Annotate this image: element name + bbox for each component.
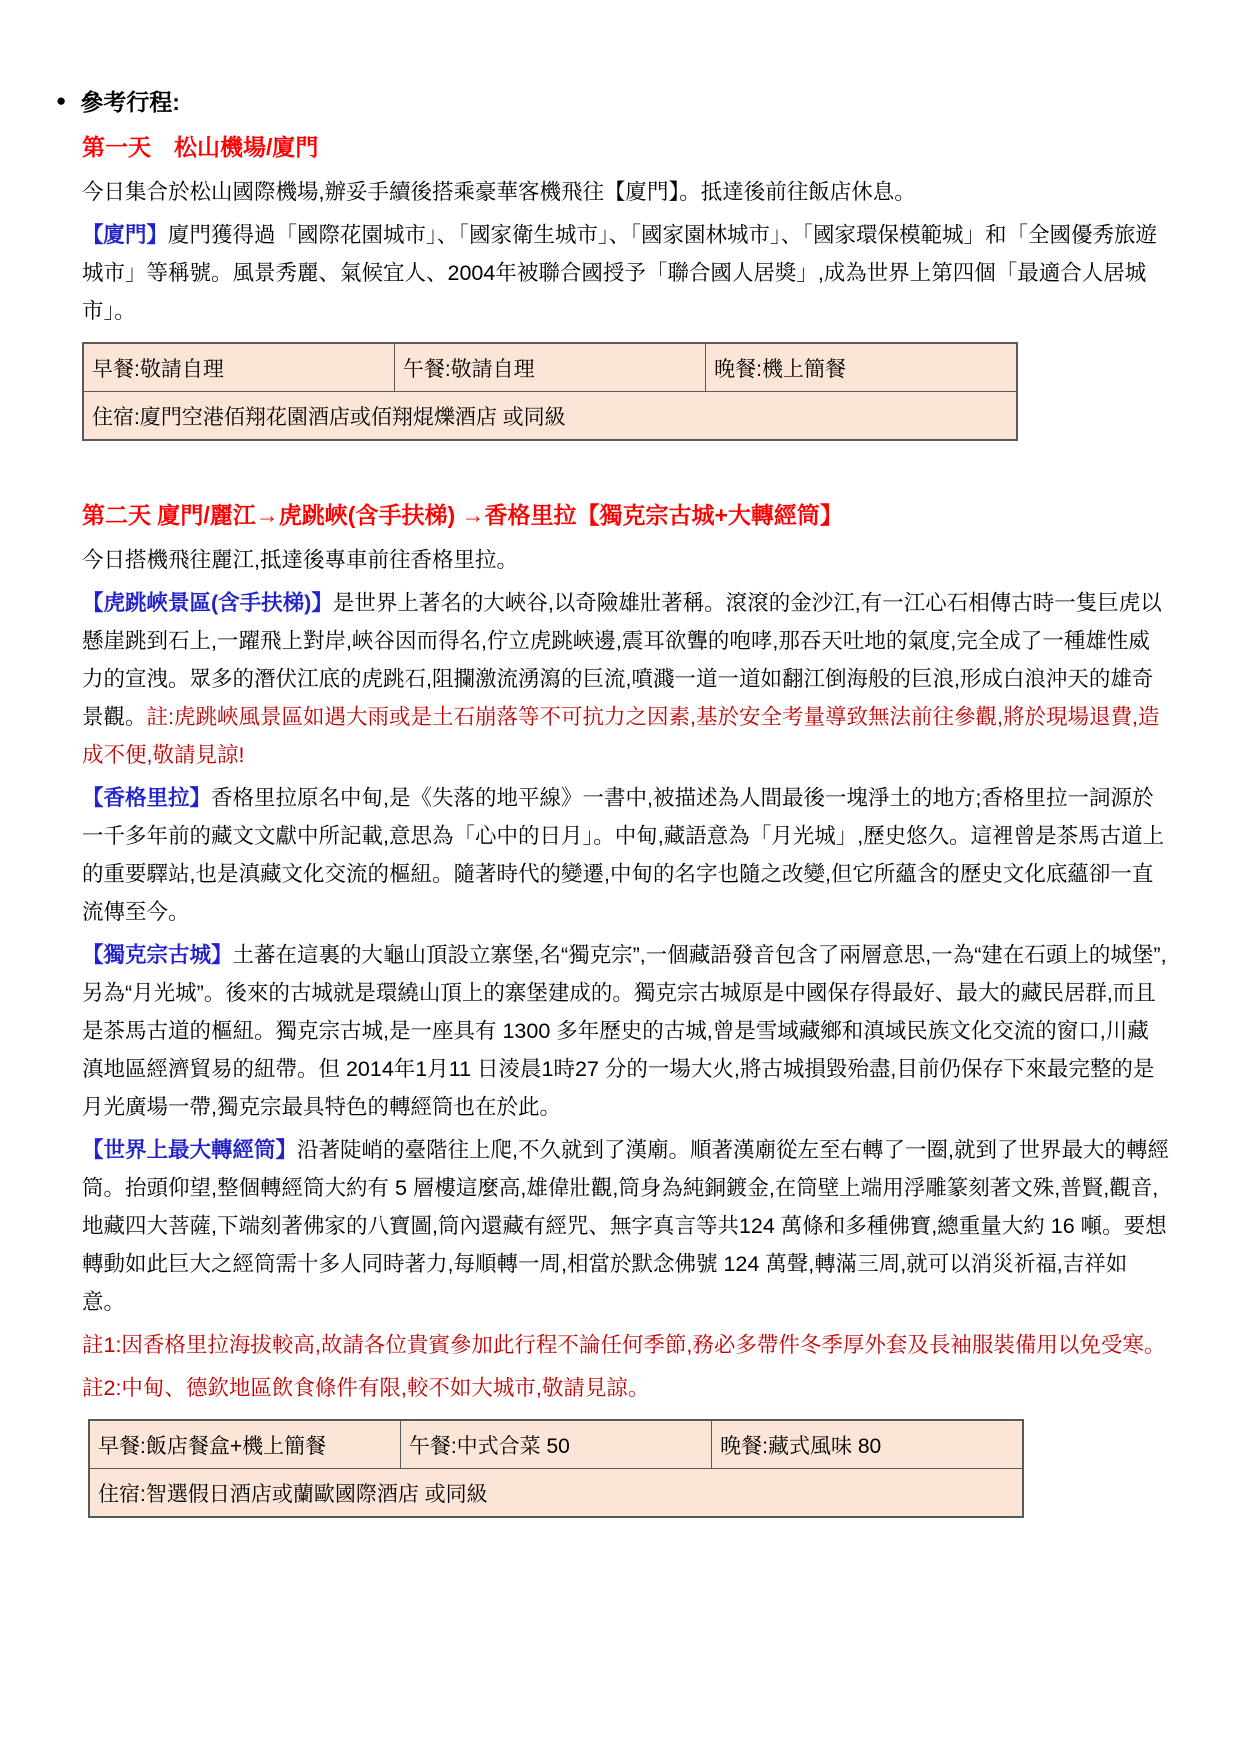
xiamen-description: 廈門獲得過「國際花園城市」、「國家衛生城市」、「國家園林城市」、「國家環保模範城… <box>82 223 1157 323</box>
day1-lodging-row: 住宿:廈門空港佰翔花園酒店或佰翔焜爍酒店 或同級 <box>83 392 1017 441</box>
day2-intro: 今日搭機飛往麗江,抵達後專車前往香格里拉。 <box>82 541 1169 579</box>
day2-meals-table: 早餐:飯店餐盒+機上簡餐 午餐:中式合菜 50 晚餐:藏式風味 80 住宿:智選… <box>88 1419 1024 1518</box>
shangrila-tag: 【香格里拉】 <box>82 786 211 810</box>
day1-intro: 今日集合於松山國際機場,辦妥手續後搭乘豪華客機飛往【廈門】。抵達後前往飯店休息。 <box>82 173 1169 211</box>
reference-itinerary-label: 參考行程: <box>80 84 180 117</box>
dukezong-description: 土蕃在這裏的大龜山頂設立寨堡,名“獨克宗”,一個藏語發音包含了兩層意思,一為“建… <box>82 943 1167 1119</box>
prayer-wheel-description: 沿著陡峭的臺階往上爬,不久就到了漢廟。順著漢廟從左至右轉了一圈,就到了世界最大的… <box>82 1138 1169 1314</box>
prayer-wheel-tag: 【世界上最大轉經筒】 <box>82 1138 297 1162</box>
xiamen-tag: 【廈門】 <box>82 223 168 247</box>
day2-breakfast-cell: 早餐:飯店餐盒+機上簡餐 <box>89 1420 400 1469</box>
day2-tiger-paragraph: 【虎跳峽景區(含手扶梯)】是世界上著名的大峽谷,以奇險雄壯著稱。滾滾的金沙江,有… <box>82 584 1169 774</box>
day2-lunch-cell: 午餐:中式合菜 50 <box>400 1420 711 1469</box>
day2-shangrila-paragraph: 【香格里拉】香格里拉原名中甸,是《失落的地平線》一書中,被描述為人間最後一塊淨土… <box>82 779 1169 931</box>
day2-dinner-cell: 晚餐:藏式風味 80 <box>712 1420 1023 1469</box>
itinerary-content: 第一天 松山機場/廈門 今日集合於松山國際機場,辦妥手續後搭乘豪華客機飛往【廈門… <box>56 131 1169 1518</box>
day2-prayer-wheel-paragraph: 【世界上最大轉經筒】沿著陡峭的臺階往上爬,不久就到了漢廟。順著漢廟從左至右轉了一… <box>82 1131 1169 1321</box>
day2-note2: 註2:中甸、德欽地區飲食條件有限,較不如大城市,敬請見諒。 <box>82 1369 1169 1407</box>
day2-lodging-row: 住宿:智選假日酒店或蘭歐國際酒店 或同級 <box>89 1469 1023 1518</box>
day1-heading: 第一天 松山機場/廈門 <box>82 131 1169 163</box>
day1-meals-row: 早餐:敬請自理 午餐:敬請自理 晚餐:機上簡餐 <box>83 343 1017 392</box>
day2-meals-row: 早餐:飯店餐盒+機上簡餐 午餐:中式合菜 50 晚餐:藏式風味 80 <box>89 1420 1023 1469</box>
reference-itinerary-header: ● 參考行程: <box>56 84 1169 117</box>
day2-heading: 第二天 廈門/麗江→虎跳峽(含手扶梯) →香格里拉【獨克宗古城+大轉經筒】 <box>82 499 1169 531</box>
dukezong-tag: 【獨克宗古城】 <box>82 943 233 967</box>
day1-xiamen-paragraph: 【廈門】廈門獲得過「國際花園城市」、「國家衛生城市」、「國家園林城市」、「國家環… <box>82 216 1169 330</box>
tiger-gorge-tag: 【虎跳峽景區(含手扶梯)】 <box>82 591 333 615</box>
day1-breakfast-cell: 早餐:敬請自理 <box>83 343 394 392</box>
shangrila-description: 香格里拉原名中甸,是《失落的地平線》一書中,被描述為人間最後一塊淨土的地方;香格… <box>82 786 1164 924</box>
day1-dinner-cell: 晚餐:機上簡餐 <box>706 343 1017 392</box>
tiger-gorge-note: 註:虎跳峽風景區如遇大雨或是土石崩落等不可抗力之因素,基於安全考量導致無法前往參… <box>82 705 1159 767</box>
day2-dukezong-paragraph: 【獨克宗古城】土蕃在這裏的大龜山頂設立寨堡,名“獨克宗”,一個藏語發音包含了兩層… <box>82 936 1169 1126</box>
day1-lunch-cell: 午餐:敬請自理 <box>394 343 705 392</box>
day1-meals-table: 早餐:敬請自理 午餐:敬請自理 晚餐:機上簡餐 住宿:廈門空港佰翔花園酒店或佰翔… <box>82 342 1018 441</box>
day1-lodging-cell: 住宿:廈門空港佰翔花園酒店或佰翔焜爍酒店 或同級 <box>83 392 1017 441</box>
day2-lodging-cell: 住宿:智選假日酒店或蘭歐國際酒店 或同級 <box>89 1469 1023 1518</box>
itinerary-document: ● 參考行程: 第一天 松山機場/廈門 今日集合於松山國際機場,辦妥手續後搭乘豪… <box>0 0 1241 1755</box>
day2-note1: 註1:因香格里拉海拔較高,故請各位貴賓參加此行程不論任何季節,務必多帶件冬季厚外… <box>82 1326 1169 1364</box>
bullet-icon: ● <box>56 92 66 109</box>
